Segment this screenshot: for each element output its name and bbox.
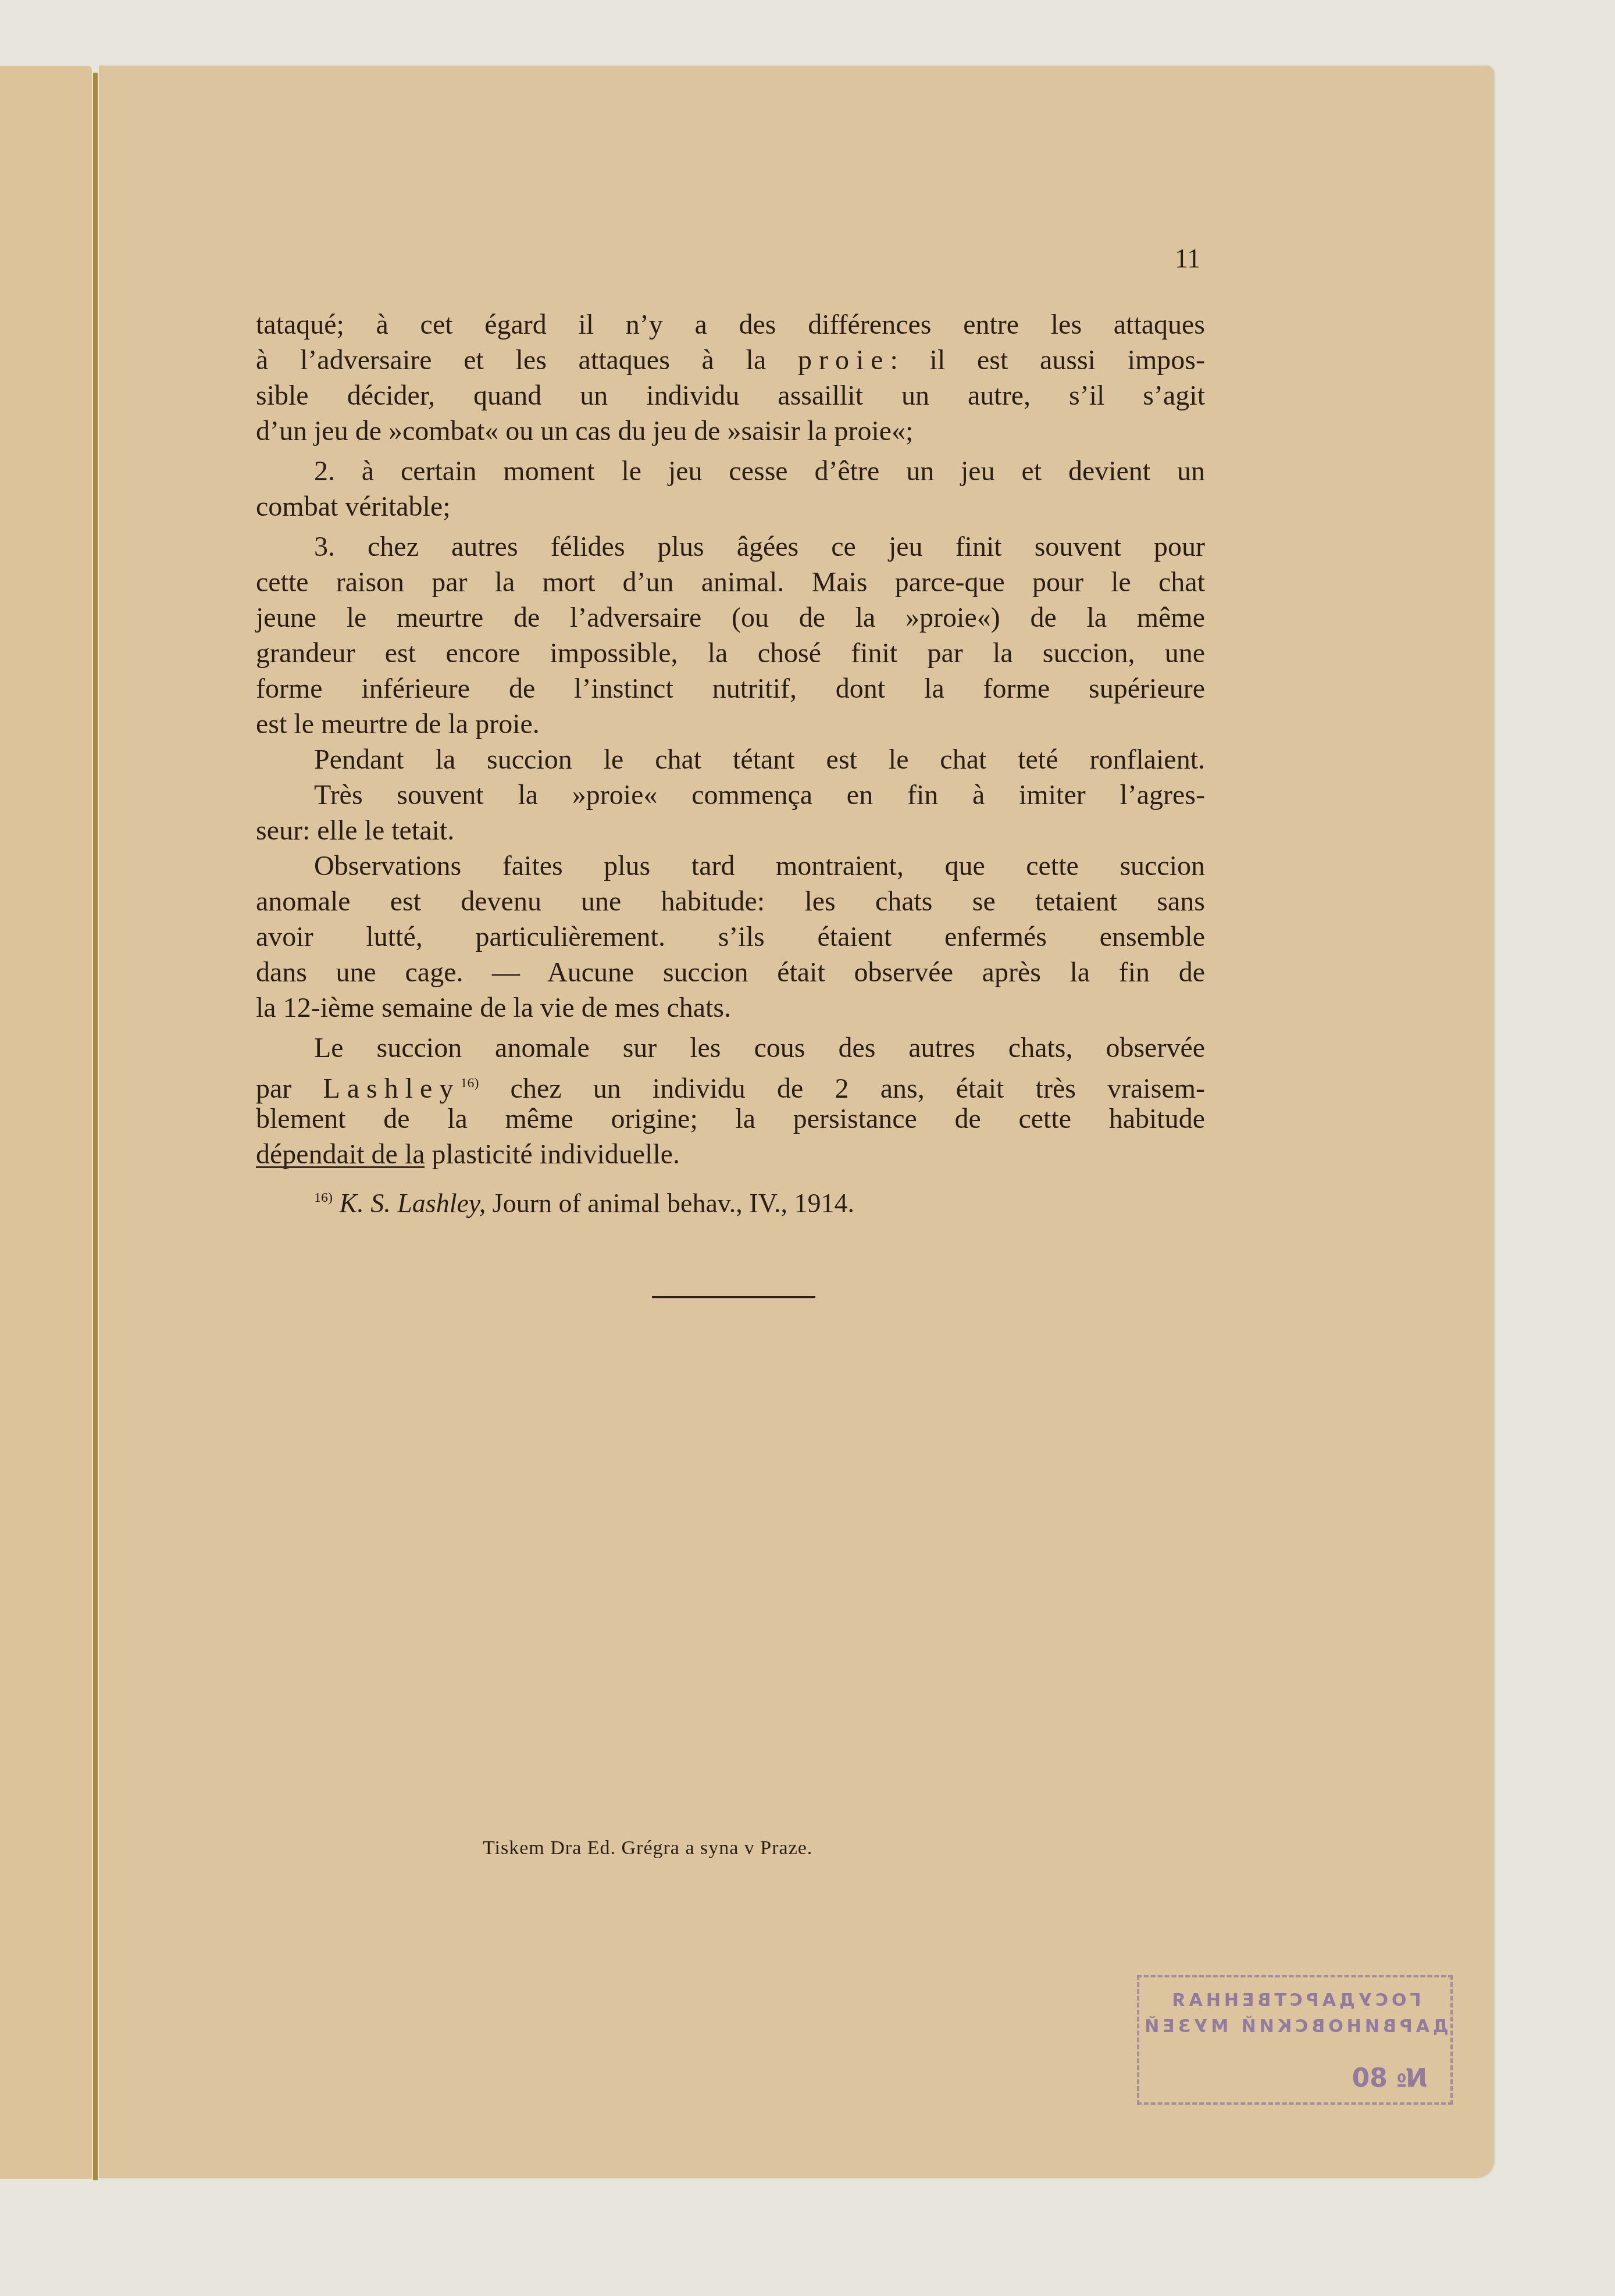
end-rule (652, 1296, 815, 1298)
text-fragment: chez un individu de 2 ans, était très vr… (479, 1073, 1205, 1104)
text-line: grandeur est encore impossible, la chosé… (256, 635, 1205, 671)
author-name: Lashley (323, 1073, 460, 1104)
footnote-marker: 16) (314, 1190, 333, 1205)
stamp-number: № 80 (1352, 2063, 1428, 2093)
text-fragment: à l’adversaire et les attaques à la (256, 345, 798, 376)
footnote-ref: 16) (460, 1076, 479, 1091)
text-fragment: par (256, 1073, 323, 1104)
footnote-divider (256, 1166, 425, 1168)
text-line: la 12-ième semaine de la vie de mes chat… (256, 990, 1205, 1026)
text-line: anomale est devenu une habitude: les cha… (256, 884, 1205, 919)
text-line: blement de la même origine; la persistan… (256, 1101, 1205, 1137)
text-line: est le meurtre de la proie. (256, 706, 1205, 742)
text-line: dans une cage. — Aucune succion était ob… (256, 955, 1205, 990)
stamp-line-1: ГОСУДАРСТВЕННАЯ (1139, 1990, 1450, 2011)
binding-gutter (93, 73, 98, 2180)
library-stamp: ГОСУДАРСТВЕННАЯ ДАРВИНОВСКИЙ МУЗЕЙ № 80 (1137, 1975, 1453, 2105)
text-line: d’un jeu de »combat« ou un cas du jeu de… (256, 413, 1205, 449)
footnote: 16) K. S. Lashley, Journ of animal behav… (314, 1180, 854, 1221)
text-line: avoir lutté, particulièrement. s’ils éta… (256, 919, 1205, 955)
text-line: jeune le meurtre de l’adversaire (ou de … (256, 600, 1205, 635)
stamp-line-2: ДАРВИНОВСКИЙ МУЗЕЙ (1139, 2016, 1450, 2037)
text-line: seur: elle le tetait. (256, 813, 1205, 848)
text-line: forme inférieure de l’instinct nutritif,… (256, 671, 1205, 706)
printer-imprint: Tiskem Dra Ed. Grégra a syna v Praze. (483, 1837, 812, 1859)
text-line: sible décider, quand un individu assaill… (256, 378, 1205, 413)
page-number: 11 (1175, 243, 1200, 274)
footnote-author: K. S. Lashley, (340, 1188, 486, 1218)
text-line: tataqué; à cet égard il n’y a des différ… (256, 307, 1205, 342)
text-line: Pendant la succion le chat tétant est le… (256, 742, 1205, 777)
footnote-citation: Journ of animal behav., IV., 1914. (486, 1188, 854, 1218)
body-text: tataqué; à cet égard il n’y a des différ… (256, 307, 1205, 1172)
text-line: Observations faites plus tard montraient… (256, 848, 1205, 884)
text-line: 2. à certain moment le jeu cesse d’être … (256, 454, 1205, 489)
emphasized-word: proie (798, 345, 890, 376)
text-line: par Lashley16) chez un individu de 2 ans… (256, 1066, 1205, 1101)
text-line: Le succion anomale sur les cous des autr… (256, 1030, 1205, 1066)
text-line: combat véritable; (256, 489, 1205, 524)
left-page-edge (0, 66, 92, 2179)
text-line: Très souvent la »proie« commença en fin … (256, 777, 1205, 813)
text-line: à l’adversaire et les attaques à la proi… (256, 342, 1205, 378)
text-line: cette raison par la mort d’un animal. Ma… (256, 565, 1205, 600)
text-fragment: : il est aussi impos- (890, 345, 1205, 376)
text-line: 3. chez autres félides plus âgées ce jeu… (256, 529, 1205, 565)
